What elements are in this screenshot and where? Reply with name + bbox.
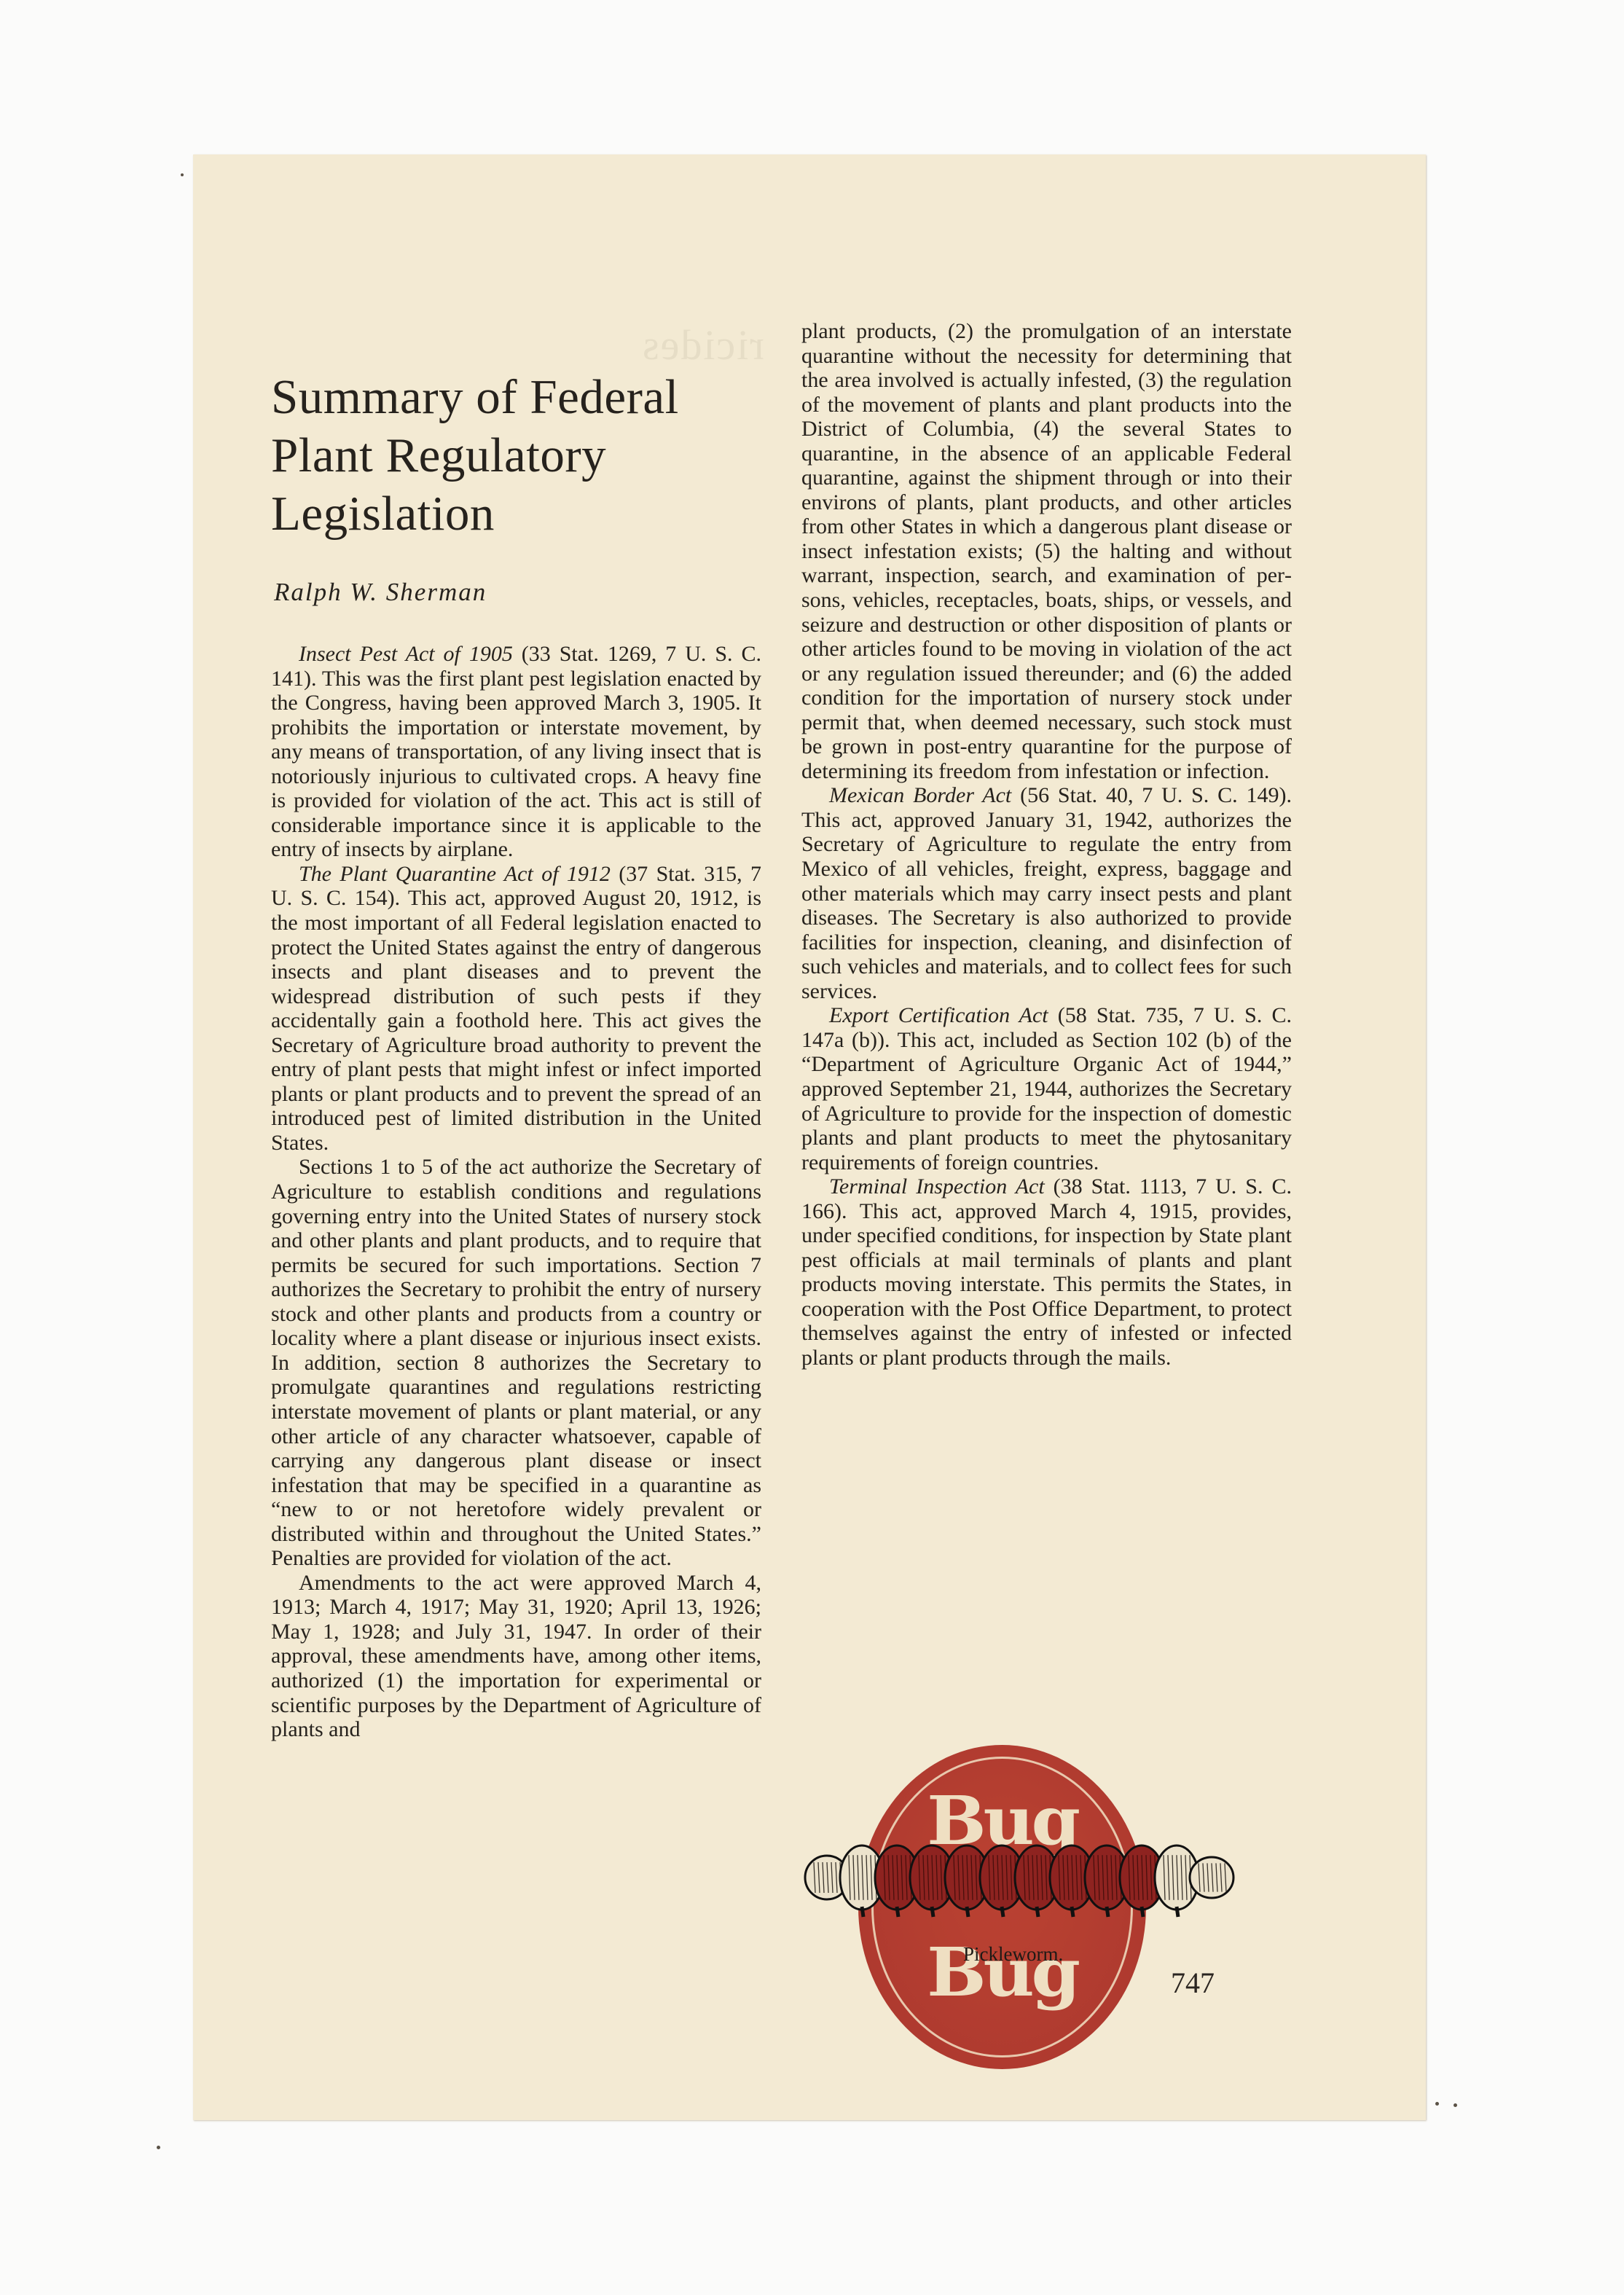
title-line: Legislation <box>271 484 679 543</box>
paper-speck <box>1435 2102 1439 2106</box>
page-number: 747 <box>1171 1966 1215 2000</box>
figure-caption: Pickleworm. <box>963 1943 1063 1966</box>
author-byline: Ralph W. Sherman <box>274 578 487 607</box>
paragraph: plant products, (2) the promulgation of … <box>801 319 1292 783</box>
act-name: Insect Pest Act of 1905 <box>299 642 513 666</box>
right-column: plant products, (2) the promulgation of … <box>801 319 1292 1370</box>
paragraph: Mexican Border Act (56 Stat. 40, 7 U. S.… <box>801 783 1292 1003</box>
paragraph: Terminal Inspection Act (38 Stat. 1113, … <box>801 1174 1292 1370</box>
paper-speck <box>181 173 184 176</box>
act-name: Export Certification Act <box>829 1003 1048 1027</box>
article-title: Summary of Federal Plant Regulatory Legi… <box>271 368 679 543</box>
paragraph: Sections 1 to 5 of the act authorize the… <box>271 1155 761 1570</box>
paper-speck <box>1454 2103 1457 2107</box>
paragraph: The Plant Quarantine Act of 1912 (37 Sta… <box>271 862 761 1156</box>
left-column: Insect Pest Act of 1905 (33 Stat. 1269, … <box>271 642 761 1742</box>
paragraph: Insect Pest Act of 1905 (33 Stat. 1269, … <box>271 642 761 862</box>
bleed-through-text: ricides <box>641 321 764 369</box>
paragraph: Export Certification Act (58 Stat. 735, … <box>801 1003 1292 1174</box>
act-name: Terminal Inspection Act <box>829 1174 1045 1198</box>
title-line: Plant Regulatory <box>271 426 679 484</box>
title-line: Summary of Federal <box>271 368 679 426</box>
caterpillar-icon <box>798 1840 1257 1920</box>
act-name: The Plant Quarantine Act of 1912 <box>299 862 611 886</box>
paragraph: Amendments to the act were approved Marc… <box>271 1571 761 1742</box>
paper-speck <box>157 2146 160 2149</box>
act-name: Mexican Border Act <box>829 783 1011 807</box>
